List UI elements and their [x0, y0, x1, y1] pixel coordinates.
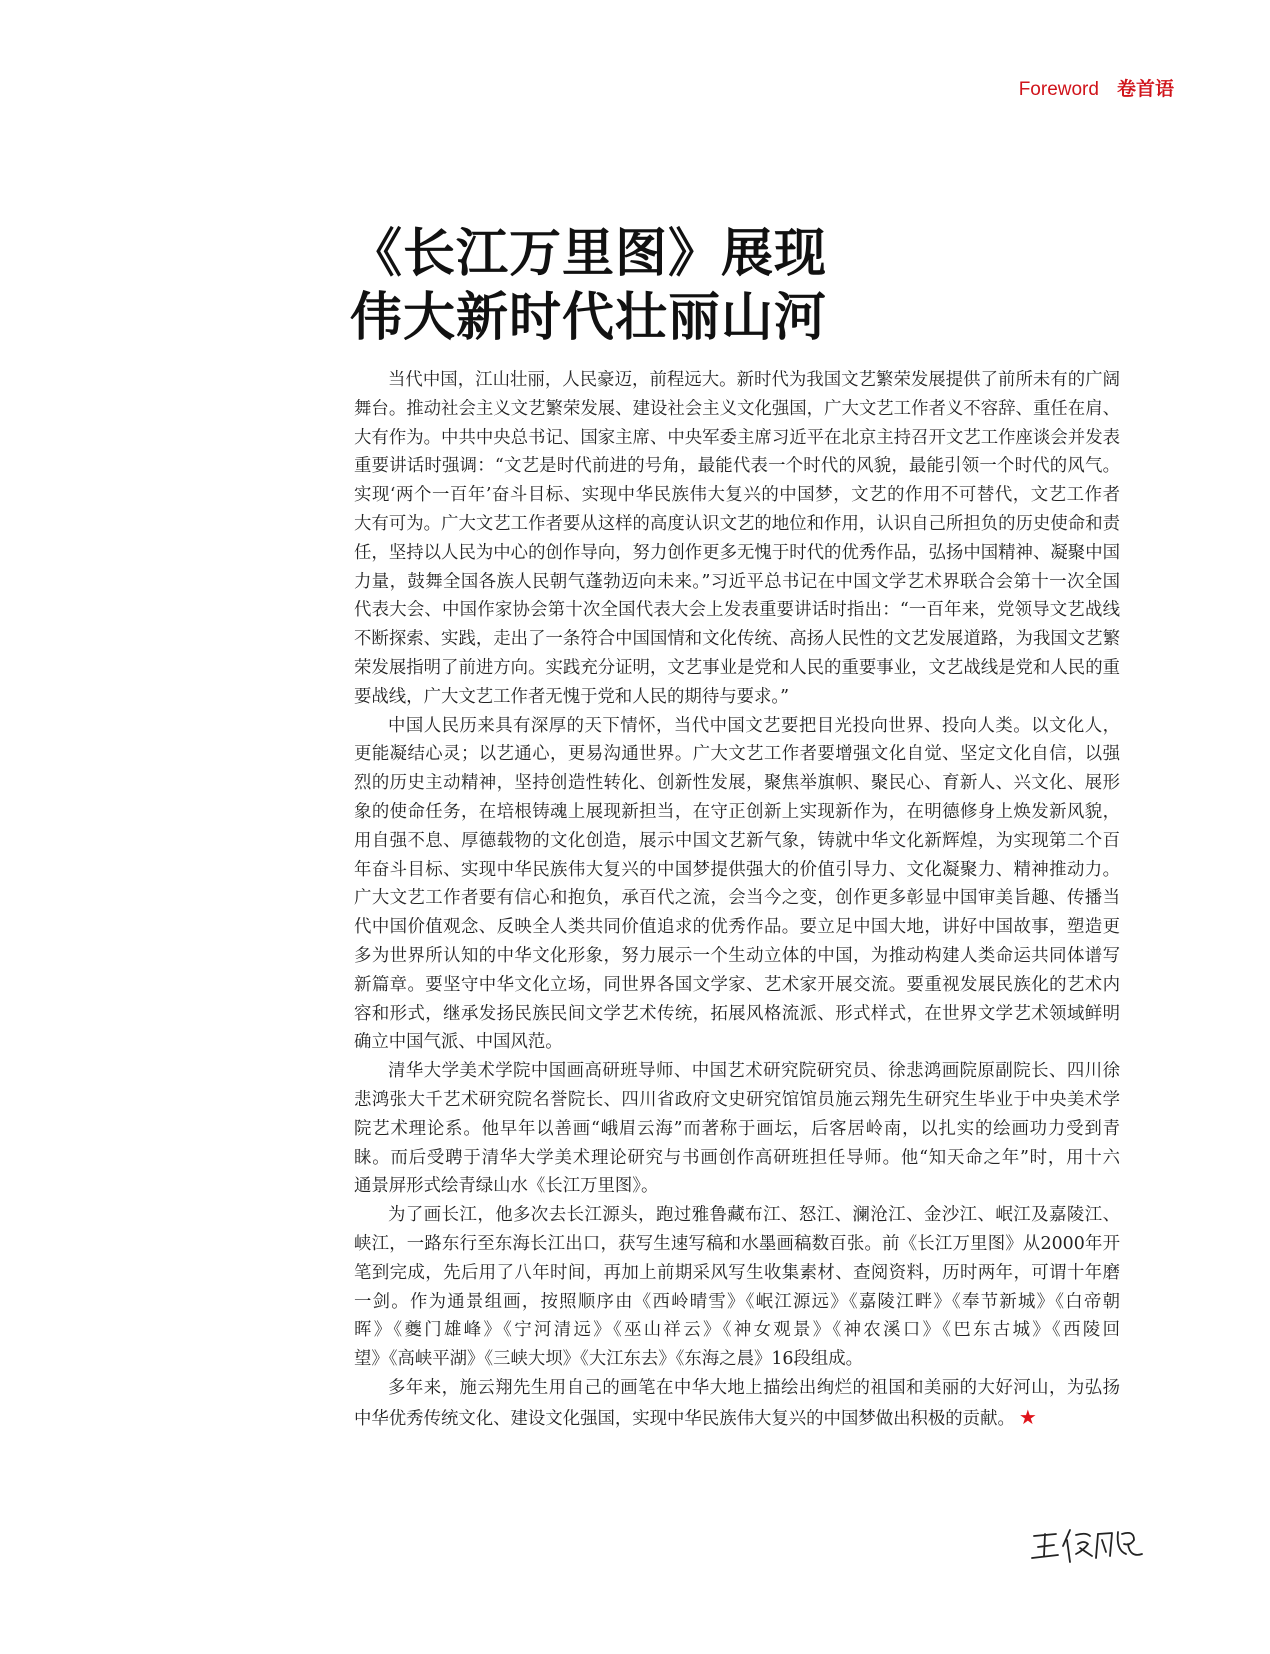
paragraph: 中国人民历来具有深厚的天下情怀，当代中国文艺要把目光投向世界、投向人类。以文化人… [354, 712, 1120, 1058]
section-header: Foreword 卷首语 [1019, 74, 1174, 101]
line-text: 为了画长江，他多次去长江源头，跑过雅鲁藏布江、怒江、澜沧江、金沙江、岷江及嘉陵江… [388, 1205, 1120, 1225]
line-text: 院艺术理论系。他早年以善画“峨眉云海”而著称于画坛，后客居岭南，以扎实的绘画功力… [354, 1119, 1120, 1139]
line-text: 代表大会、中国作家协会第十次全国代表大会上发表重要讲话时指出：“一百年来，党领导… [354, 600, 1120, 620]
line-text: 重要讲话时强调：“文艺是时代前进的号角，最能代表一个时代的风貌，最能引领一个时代… [354, 456, 1120, 476]
paragraph-line: 代中国价值观念、反映全人类共同价值追求的优秀作品。要立足中国大地，讲好中国故事，… [354, 913, 1120, 942]
article-body: 当代中国，江山壮丽，人民豪迈，前程远大。新时代为我国文艺繁荣发展提供了前所未有的… [354, 366, 1120, 1431]
paragraph-line: 力量，鼓舞全国各族人民朝气蓬勃迈向未来。”习近平总书记在中国文学艺术界联合会第十… [354, 568, 1120, 597]
paragraph-line: 象的使命任务，在培根铸魂上展现新担当，在守正创新上实现新作为，在明德修身上焕发新… [354, 798, 1120, 827]
paragraph-line: 用自强不息、厚德载物的文化创造，展示中国文艺新气象，铸就中华文化新辉煌，为实现第… [354, 827, 1120, 856]
paragraph: 多年来，施云翔先生用自己的画笔在中华大地上描绘出绚烂的祖国和美丽的大好河山，为弘… [354, 1374, 1120, 1432]
paragraph-line: 中国人民历来具有深厚的天下情怀，当代中国文艺要把目光投向世界、投向人类。以文化人… [354, 712, 1120, 741]
line-text: 中华优秀传统文化、建设文化强国，实现中华民族伟大复兴的中国梦做出积极的贡献。 [354, 1409, 1015, 1429]
section-label-en: Foreword [1019, 79, 1099, 100]
paragraph-line: 悲鸿张大千艺术研究院名誉院长、四川省政府文史研究馆馆员施云翔先生研究生毕业于中央… [354, 1086, 1120, 1115]
paragraph-line: 舞台。推动社会主义文艺繁荣发展、建设社会主义文化强国，广大文艺工作者义不容辞、重… [354, 395, 1120, 424]
paragraph-line: 峡江，一路东行至东海长江出口，获写生速写稿和水墨画稿数百张。前《长江万里图》从2… [354, 1230, 1120, 1259]
paragraph-line: 通景屏形式绘青绿山水《长江万里图》。 [354, 1172, 1120, 1201]
line-text: 中国人民历来具有深厚的天下情怀，当代中国文艺要把目光投向世界、投向人类。以文化人… [388, 716, 1120, 736]
paragraph-line: 多为世界所认知的中华文化形象，努力展示一个生动立体的中国，为推动构建人类命运共同… [354, 942, 1120, 971]
line-text: 当代中国，江山壮丽，人民豪迈，前程远大。新时代为我国文艺繁荣发展提供了前所未有的… [388, 370, 1120, 390]
title-line-2: 伟大新时代壮丽山河 [350, 286, 1150, 350]
paragraph-line: 确立中国气派、中国风范。 [354, 1028, 1120, 1057]
paragraph-line: 更能凝结心灵；以艺通心，更易沟通世界。广大文艺工作者要增强文化自觉、坚定文化自信… [354, 740, 1120, 769]
title-line-1: 《长江万里图》展现 [350, 222, 1150, 286]
paragraph-line: 容和形式，继承发扬民族民间文学艺术传统，拓展风格流派、形式样式，在世界文学艺术领… [354, 1000, 1120, 1029]
line-text: 舞台。推动社会主义文艺繁荣发展、建设社会主义文化强国，广大文艺工作者义不容辞、重… [354, 399, 1120, 419]
paragraph: 当代中国，江山壮丽，人民豪迈，前程远大。新时代为我国文艺繁荣发展提供了前所未有的… [354, 366, 1120, 712]
line-text: 象的使命任务，在培根铸魂上展现新担当，在守正创新上实现新作为，在明德修身上焕发新… [354, 802, 1120, 822]
line-text: 多为世界所认知的中华文化形象，努力展示一个生动立体的中国，为推动构建人类命运共同… [354, 946, 1120, 966]
paragraph-line: 广大文艺工作者要有信心和抱负，承百代之流，会当今之变，创作更多彰显中国审美旨趣、… [354, 884, 1120, 913]
line-text: 新篇章。要坚守中华文化立场，同世界各国文学家、艺术家开展交流。要重视发展民族化的… [354, 975, 1120, 995]
line-text: 清华大学美术学院中国画高研班导师、中国艺术研究院研究员、徐悲鸿画院原副院长、四川… [388, 1061, 1120, 1081]
line-text: 力量，鼓舞全国各族人民朝气蓬勃迈向未来。”习近平总书记在中国文学艺术界联合会第十… [354, 572, 1120, 592]
line-text: 要战线，广大文艺工作者无愧于党和人民的期待与要求。” [354, 687, 789, 707]
line-text: 容和形式，继承发扬民族民间文学艺术传统，拓展风格流派、形式样式，在世界文学艺术领… [354, 1004, 1120, 1024]
article-title: 《长江万里图》展现 伟大新时代壮丽山河 [350, 222, 1150, 350]
signature: 王保晓 [1030, 1520, 1150, 1570]
paragraph-line: 为了画长江，他多次去长江源头，跑过雅鲁藏布江、怒江、澜沧江、金沙江、岷江及嘉陵江… [354, 1201, 1120, 1230]
line-text: 晖》《夔门雄峰》《宁河清远》《巫山祥云》《神女观景》《神农溪口》《巴东古城》《西… [354, 1320, 1120, 1340]
paragraph-line: 任，坚持以人民为中心的创作导向，努力创作更多无愧于时代的优秀作品，弘扬中国精神、… [354, 539, 1120, 568]
paragraph: 清华大学美术学院中国画高研班导师、中国艺术研究院研究员、徐悲鸿画院原副院长、四川… [354, 1057, 1120, 1201]
line-text: 广大文艺工作者要有信心和抱负，承百代之流，会当今之变，创作更多彰显中国审美旨趣、… [354, 888, 1120, 908]
paragraph-line: 荣发展指明了前进方向。实践充分证明，文艺事业是党和人民的重要事业，文艺战线是党和… [354, 654, 1120, 683]
paragraph-line: 睐。而后受聘于清华大学美术理论研究与书画创作高研班担任导师。他“知天命之年”时，… [354, 1144, 1120, 1173]
line-text: 望》《高峡平湖》《三峡大坝》《大江东去》《东海之晨》16段组成。 [354, 1349, 863, 1369]
line-text: 年奋斗目标、实现中华民族伟大复兴的中国梦提供强大的价值引导力、文化凝聚力、精神推… [354, 860, 1120, 880]
paragraph-line: 大有可为。广大文艺工作者要从这样的高度认识文艺的地位和作用，认识自己所担负的历史… [354, 510, 1120, 539]
line-text: 大有作为。中共中央总书记、国家主席、中央军委主席习近平在北京主持召开文艺工作座谈… [354, 428, 1120, 448]
line-text: 烈的历史主动精神，坚持创造性转化、创新性发展，聚焦举旗帜、聚民心、育新人、兴文化… [354, 773, 1120, 793]
line-text: 不断探索、实践，走出了一条符合中国国情和文化传统、高扬人民性的文艺发展道路，为我… [354, 629, 1120, 649]
line-text: 峡江，一路东行至东海长江出口，获写生速写稿和水墨画稿数百张。前《长江万里图》从2… [354, 1234, 1120, 1254]
line-text: 悲鸿张大千艺术研究院名誉院长、四川省政府文史研究馆馆员施云翔先生研究生毕业于中央… [354, 1090, 1120, 1110]
paragraph-line: 实现‘两个一百年’奋斗目标、实现中华民族伟大复兴的中国梦，文艺的作用不可替代，文… [354, 481, 1120, 510]
paragraph-line: 中华优秀传统文化、建设文化强国，实现中华民族伟大复兴的中国梦做出积极的贡献。★ [354, 1403, 1120, 1432]
paragraph-line: 重要讲话时强调：“文艺是时代前进的号角，最能代表一个时代的风貌，最能引领一个时代… [354, 452, 1120, 481]
line-text: 荣发展指明了前进方向。实践充分证明，文艺事业是党和人民的重要事业，文艺战线是党和… [354, 658, 1120, 678]
paragraph-line: 望》《高峡平湖》《三峡大坝》《大江东去》《东海之晨》16段组成。 [354, 1345, 1120, 1374]
line-text: 睐。而后受聘于清华大学美术理论研究与书画创作高研班担任导师。他“知天命之年”时，… [354, 1148, 1120, 1168]
paragraph-line: 烈的历史主动精神，坚持创造性转化、创新性发展，聚焦举旗帜、聚民心、育新人、兴文化… [354, 769, 1120, 798]
line-text: 用自强不息、厚德载物的文化创造，展示中国文艺新气象，铸就中华文化新辉煌，为实现第… [354, 831, 1120, 851]
paragraph-line: 大有作为。中共中央总书记、国家主席、中央军委主席习近平在北京主持召开文艺工作座谈… [354, 424, 1120, 453]
line-text: 实现‘两个一百年’奋斗目标、实现中华民族伟大复兴的中国梦，文艺的作用不可替代，文… [354, 485, 1120, 505]
line-text: 笔到完成，先后用了八年时间，再加上前期采风写生收集素材、查阅资料，历时两年，可谓… [354, 1263, 1120, 1283]
line-text: 代中国价值观念、反映全人类共同价值追求的优秀作品。要立足中国大地，讲好中国故事，… [354, 917, 1120, 937]
end-star-icon: ★ [1019, 1403, 1037, 1432]
line-text: 确立中国气派、中国风范。 [354, 1032, 563, 1052]
line-text: 多年来，施云翔先生用自己的画笔在中华大地上描绘出绚烂的祖国和美丽的大好河山，为弘… [388, 1378, 1120, 1398]
line-text: 任，坚持以人民为中心的创作导向，努力创作更多无愧于时代的优秀作品，弘扬中国精神、… [354, 543, 1120, 563]
paragraph-line: 不断探索、实践，走出了一条符合中国国情和文化传统、高扬人民性的文艺发展道路，为我… [354, 625, 1120, 654]
paragraph-line: 一剑。作为通景组画，按照顺序由《西岭晴雪》《岷江源远》《嘉陵江畔》《奉节新城》《… [354, 1288, 1120, 1317]
paragraph: 为了画长江，他多次去长江源头，跑过雅鲁藏布江、怒江、澜沧江、金沙江、岷江及嘉陵江… [354, 1201, 1120, 1374]
line-text: 通景屏形式绘青绿山水《长江万里图》。 [354, 1176, 658, 1196]
paragraph-line: 院艺术理论系。他早年以善画“峨眉云海”而著称于画坛，后客居岭南，以扎实的绘画功力… [354, 1115, 1120, 1144]
paragraph-line: 当代中国，江山壮丽，人民豪迈，前程远大。新时代为我国文艺繁荣发展提供了前所未有的… [354, 366, 1120, 395]
paragraph-line: 晖》《夔门雄峰》《宁河清远》《巫山祥云》《神女观景》《神农溪口》《巴东古城》《西… [354, 1316, 1120, 1345]
paragraph-line: 笔到完成，先后用了八年时间，再加上前期采风写生收集素材、查阅资料，历时两年，可谓… [354, 1259, 1120, 1288]
section-label-zh: 卷首语 [1117, 78, 1174, 100]
paragraph-line: 多年来，施云翔先生用自己的画笔在中华大地上描绘出绚烂的祖国和美丽的大好河山，为弘… [354, 1374, 1120, 1403]
line-text: 大有可为。广大文艺工作者要从这样的高度认识文艺的地位和作用，认识自己所担负的历史… [354, 514, 1120, 534]
paragraph-line: 代表大会、中国作家协会第十次全国代表大会上发表重要讲话时指出：“一百年来，党领导… [354, 596, 1120, 625]
line-text: 一剑。作为通景组画，按照顺序由《西岭晴雪》《岷江源远》《嘉陵江畔》《奉节新城》《… [354, 1292, 1120, 1312]
paragraph-line: 新篇章。要坚守中华文化立场，同世界各国文学家、艺术家开展交流。要重视发展民族化的… [354, 971, 1120, 1000]
paragraph-line: 要战线，广大文艺工作者无愧于党和人民的期待与要求。” [354, 683, 1120, 712]
paragraph-line: 清华大学美术学院中国画高研班导师、中国艺术研究院研究员、徐悲鸿画院原副院长、四川… [354, 1057, 1120, 1086]
line-text: 更能凝结心灵；以艺通心，更易沟通世界。广大文艺工作者要增强文化自觉、坚定文化自信… [354, 744, 1120, 764]
paragraph-line: 年奋斗目标、实现中华民族伟大复兴的中国梦提供强大的价值引导力、文化凝聚力、精神推… [354, 856, 1120, 885]
